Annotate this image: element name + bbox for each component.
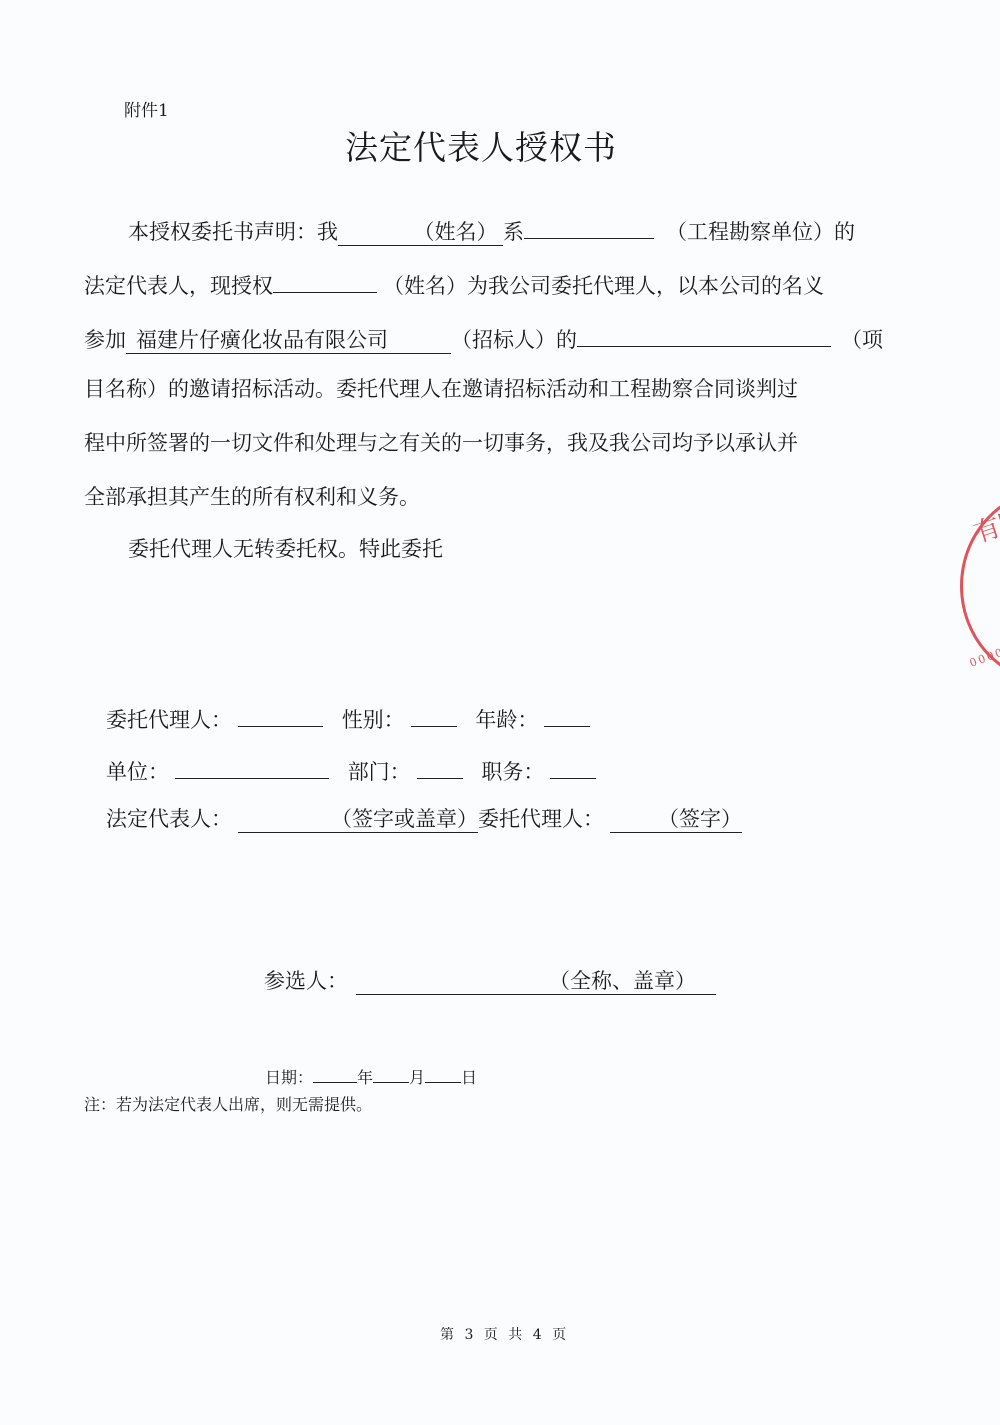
signature-row: 法定代表人：（签字或盖章）委托代理人：（签字） bbox=[106, 804, 742, 834]
dept-field[interactable] bbox=[417, 752, 463, 779]
legal-rep-signature-field[interactable]: （签字或盖章） bbox=[238, 806, 478, 833]
seal-digits: 0000 bbox=[968, 645, 1000, 670]
agent-name-field[interactable] bbox=[273, 266, 377, 293]
text: 本授权委托书声明：我 bbox=[128, 220, 338, 244]
company-seal: 有限 0000 bbox=[960, 488, 1000, 684]
body-line-2: 法定代表人，现授权（姓名）为我公司委托代理人，以本公司的名义 bbox=[84, 266, 824, 296]
page-footer: 第 3 页 共 4 页 bbox=[440, 1324, 569, 1344]
date-label: 日期： bbox=[265, 1068, 313, 1087]
bidder-label: 参选人： bbox=[264, 969, 348, 993]
month-label: 月 bbox=[409, 1068, 425, 1087]
month-field[interactable] bbox=[373, 1062, 409, 1083]
bidder-field[interactable]: （全称、盖章） bbox=[356, 968, 716, 995]
text: （姓名）为我公司委托代理人，以本公司的名义 bbox=[383, 274, 824, 298]
bidder-hint: （全称、盖章） bbox=[549, 969, 716, 993]
agent-signature-field[interactable]: （签字） bbox=[610, 806, 742, 833]
project-name-field[interactable] bbox=[577, 320, 831, 347]
legal-rep-label: 法定代表人： bbox=[106, 807, 232, 831]
tenderer-value: 福建片仔癀化妆品有限公司 bbox=[126, 328, 388, 352]
body-paragraph-2: 委托代理人无转委托权。特此委托 bbox=[128, 534, 443, 564]
bidder-row: 参选人：（全称、盖章） bbox=[264, 966, 716, 996]
name-field[interactable]: （姓名） bbox=[338, 219, 503, 246]
document-title: 法定代表人授权书 bbox=[345, 122, 617, 169]
day-field[interactable] bbox=[425, 1062, 461, 1083]
text: 参加 bbox=[84, 328, 126, 352]
agent-sign-label: 委托代理人： bbox=[478, 807, 604, 831]
unit-field[interactable] bbox=[524, 212, 654, 239]
age-field[interactable] bbox=[544, 700, 590, 727]
name-hint: （姓名） bbox=[344, 220, 498, 244]
legal-rep-hint: （签字或盖章） bbox=[331, 807, 478, 831]
note: 注：若为法定代表人出席，则无需提供。 bbox=[84, 1092, 372, 1115]
seal-text: 有限 bbox=[969, 499, 1000, 550]
gender-label: 性别： bbox=[342, 708, 405, 732]
gender-field[interactable] bbox=[411, 700, 457, 727]
agent-label: 委托代理人： bbox=[106, 708, 232, 732]
body-line-5: 程中所签署的一切文件和处理与之有关的一切事务，我及我公司均予以承认并 bbox=[84, 428, 798, 458]
dept-label: 部门： bbox=[348, 760, 411, 784]
age-label: 年龄： bbox=[475, 708, 538, 732]
date-row: 日期：年月日 bbox=[265, 1062, 477, 1088]
position-field[interactable] bbox=[550, 752, 596, 779]
attachment-label: 附件1 bbox=[124, 96, 169, 121]
day-label: 日 bbox=[461, 1068, 477, 1087]
position-label: 职务： bbox=[481, 760, 544, 784]
tenderer-field[interactable]: 福建片仔癀化妆品有限公司 bbox=[126, 327, 451, 354]
text: 法定代表人，现授权 bbox=[84, 274, 273, 298]
unit-info-row: 单位： 部门： 职务： bbox=[106, 752, 596, 782]
agent-info-row: 委托代理人： 性别： 年龄： bbox=[106, 700, 590, 730]
text: （工程勘察单位）的 bbox=[666, 220, 855, 244]
body-line-3: 参加福建片仔癀化妆品有限公司（招标人）的（项 bbox=[84, 320, 883, 350]
text: （项 bbox=[841, 328, 883, 352]
body-line-4: 目名称）的邀请招标活动。委托代理人在邀请招标活动和工程勘察合同谈判过 bbox=[84, 374, 798, 404]
body-line-6: 全部承担其产生的所有权利和义务。 bbox=[84, 482, 420, 512]
agent-sign-hint: （签字） bbox=[658, 807, 742, 831]
body-line-1: 本授权委托书声明：我（姓名）系（工程勘察单位）的 bbox=[128, 212, 855, 242]
unit-label: 单位： bbox=[106, 760, 169, 784]
unit-field[interactable] bbox=[175, 752, 329, 779]
year-field[interactable] bbox=[313, 1062, 357, 1083]
text: （招标人）的 bbox=[451, 328, 577, 352]
text: 系 bbox=[503, 220, 524, 244]
agent-field[interactable] bbox=[238, 700, 323, 727]
year-label: 年 bbox=[357, 1068, 373, 1087]
